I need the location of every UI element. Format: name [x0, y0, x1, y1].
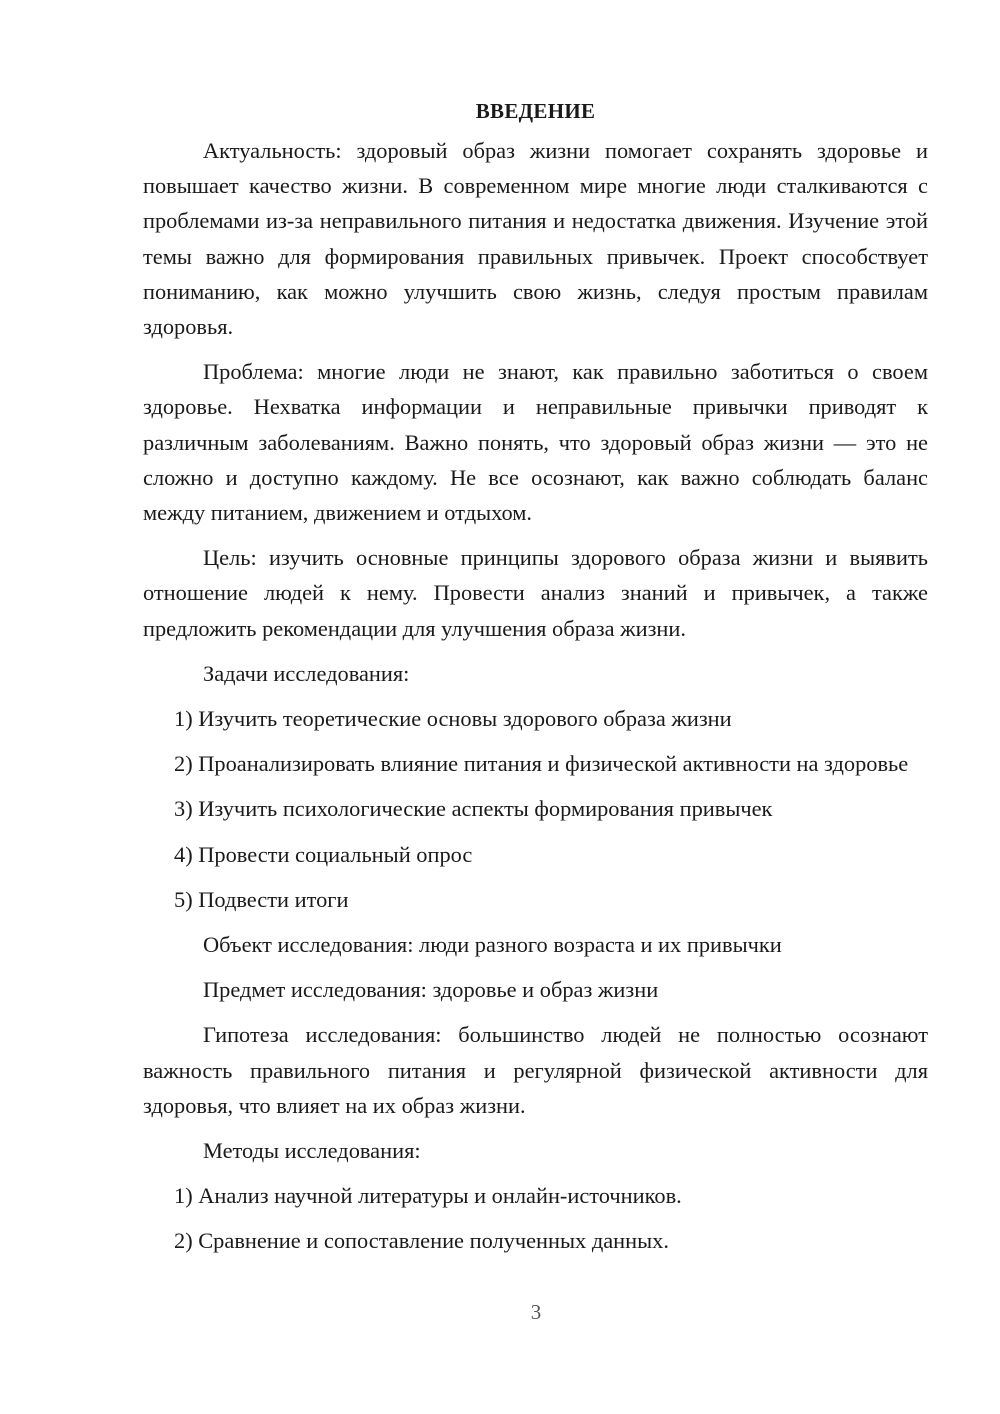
problem-paragraph: Проблема: многие люди не знают, как прав… — [143, 354, 928, 530]
task-item-5: 5) Подвести итоги — [143, 882, 928, 917]
research-object: Объект исследования: люди разного возрас… — [143, 927, 928, 962]
hypothesis-paragraph: Гипотеза исследования: большинство людей… — [143, 1017, 928, 1123]
page-number: 3 — [0, 1300, 1000, 1325]
tasks-heading: Задачи исследования: — [143, 656, 928, 691]
relevance-paragraph: Актуальность: здоровый образ жизни помог… — [143, 133, 928, 344]
methods-heading: Методы исследования: — [143, 1133, 928, 1168]
task-item-2: 2) Проанализировать влияние питания и фи… — [143, 746, 928, 781]
task-item-4: 4) Провести социальный опрос — [143, 837, 928, 872]
method-item-2: 2) Сравнение и сопоставление полученных … — [143, 1223, 928, 1258]
task-item-1: 1) Изучить теоретические основы здоровог… — [143, 701, 928, 736]
document-page: ВВЕДЕНИЕ Актуальность: здоровый образ жи… — [143, 96, 928, 1269]
task-item-3: 3) Изучить психологические аспекты форми… — [143, 791, 928, 826]
section-title: ВВЕДЕНИЕ — [143, 96, 928, 126]
goal-paragraph: Цель: изучить основные принципы здоровог… — [143, 540, 928, 646]
method-item-1: 1) Анализ научной литературы и онлайн-ис… — [143, 1178, 928, 1213]
research-subject: Предмет исследования: здоровье и образ ж… — [143, 972, 928, 1007]
